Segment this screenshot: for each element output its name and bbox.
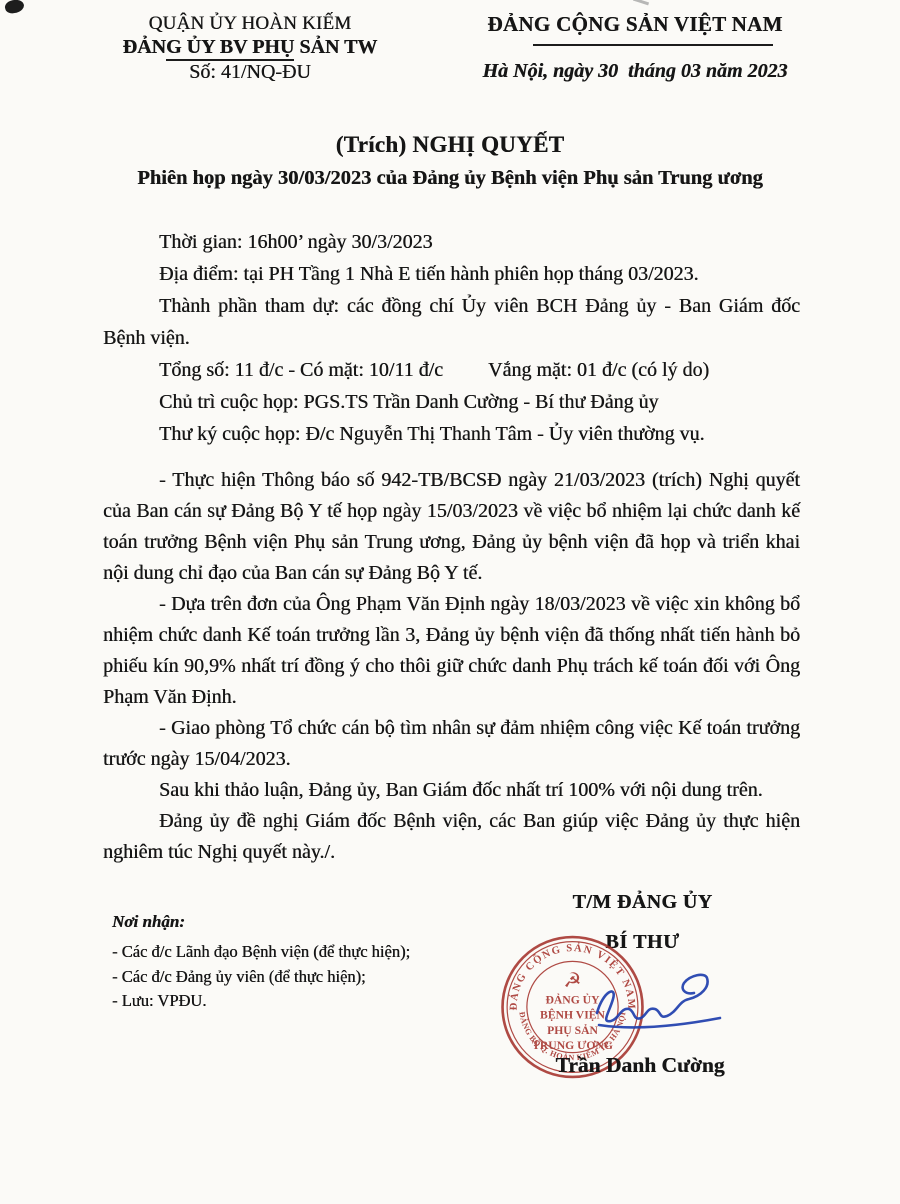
document-title-block: (Trích) NGHỊ QUYẾT Phiên họp ngày 30/03/…	[0, 132, 900, 190]
resolution-paragraph: Sau khi thảo luận, Đảng ủy, Ban Giám đốc…	[103, 775, 800, 806]
document-number: Số: 41/NQ-ĐU	[100, 59, 400, 85]
stamp-center-line: TRUNG ƯƠNG	[532, 1039, 613, 1052]
meeting-location: Địa điểm: tại PH Tầng 1 Nhà E tiến hành …	[103, 258, 800, 290]
place-date-line: Hà Nội, ngày 30 tháng 03 năm 2023	[450, 60, 820, 83]
meeting-time: Thời gian: 16h00’ ngày 30/3/2023	[103, 226, 800, 258]
recipient-item: - Lưu: VPĐU.	[112, 989, 472, 1014]
signature-on-behalf: T/M ĐẢNG ỦY	[500, 891, 785, 914]
org-name: ĐẢNG ỦY BV PHỤ SẢN TW	[100, 35, 400, 59]
national-motto-block: ĐẢNG CỘNG SẢN VIỆT NAM Hà Nội, ngày 30 t…	[450, 12, 820, 83]
resolution-paragraph: - Giao phòng Tổ chức cán bộ tìm nhân sự …	[103, 713, 800, 775]
attendance-count: Tổng số: 11 đ/c - Có mặt: 10/11 đ/c	[159, 359, 443, 381]
absence-count: Vắng mặt: 01 đ/c (có lý do)	[488, 359, 709, 381]
document-body: Thời gian: 16h00’ ngày 30/3/2023 Địa điể…	[103, 226, 800, 868]
party-motto: ĐẢNG CỘNG SẢN VIỆT NAM	[450, 12, 820, 36]
recipients-title: Nơi nhận:	[112, 912, 472, 932]
meeting-participants: Thành phần tham dự: các đồng chí Ủy viên…	[103, 290, 800, 354]
issuing-org-block: QUẬN ỦY HOÀN KIẾM ĐẢNG ỦY BV PHỤ SẢN TW …	[100, 12, 400, 85]
org-underline	[166, 59, 294, 61]
document-title: (Trích) NGHỊ QUYẾT	[0, 132, 900, 158]
scan-artifact-speck	[4, 0, 26, 15]
hammer-sickle-icon: ☭	[563, 968, 581, 992]
resolution-paragraph: - Dựa trên đơn của Ông Phạm Văn Định ngà…	[103, 589, 800, 713]
signer-name: Trần Danh Cường	[495, 1053, 785, 1078]
motto-underline	[533, 44, 773, 46]
meeting-info-section: Thời gian: 16h00’ ngày 30/3/2023 Địa điể…	[103, 226, 800, 450]
scan-artifact-speck	[633, 0, 649, 5]
resolution-paragraph: - Thực hiện Thông báo số 942-TB/BCSĐ ngà…	[103, 465, 800, 589]
document-page: QUẬN ỦY HOÀN KIẾM ĐẢNG ỦY BV PHỤ SẢN TW …	[0, 0, 900, 1204]
document-subtitle: Phiên họp ngày 30/03/2023 của Đảng ủy Bệ…	[0, 167, 900, 190]
parent-org-name: QUẬN ỦY HOÀN KIẾM	[100, 12, 400, 35]
resolution-content-section: - Thực hiện Thông báo số 942-TB/BCSĐ ngà…	[103, 465, 800, 868]
recipient-item: - Các đ/c Đảng ủy viên (để thực hiện);	[112, 965, 472, 990]
meeting-chair: Chủ trì cuộc họp: PGS.TS Trần Danh Cường…	[103, 386, 800, 418]
recipients-block: Nơi nhận: - Các đ/c Lãnh đạo Bệnh viện (…	[112, 912, 472, 1014]
meeting-secretary: Thư ký cuộc họp: Đ/c Nguyễn Thị Thanh Tâ…	[103, 418, 800, 450]
resolution-paragraph: Đảng ủy đề nghị Giám đốc Bệnh viện, các …	[103, 806, 800, 868]
recipient-item: - Các đ/c Lãnh đạo Bệnh viện (để thực hi…	[112, 940, 472, 965]
meeting-attendance: Tổng số: 11 đ/c - Có mặt: 10/11 đ/cVắng …	[103, 354, 800, 386]
signature-ink	[583, 963, 728, 1035]
